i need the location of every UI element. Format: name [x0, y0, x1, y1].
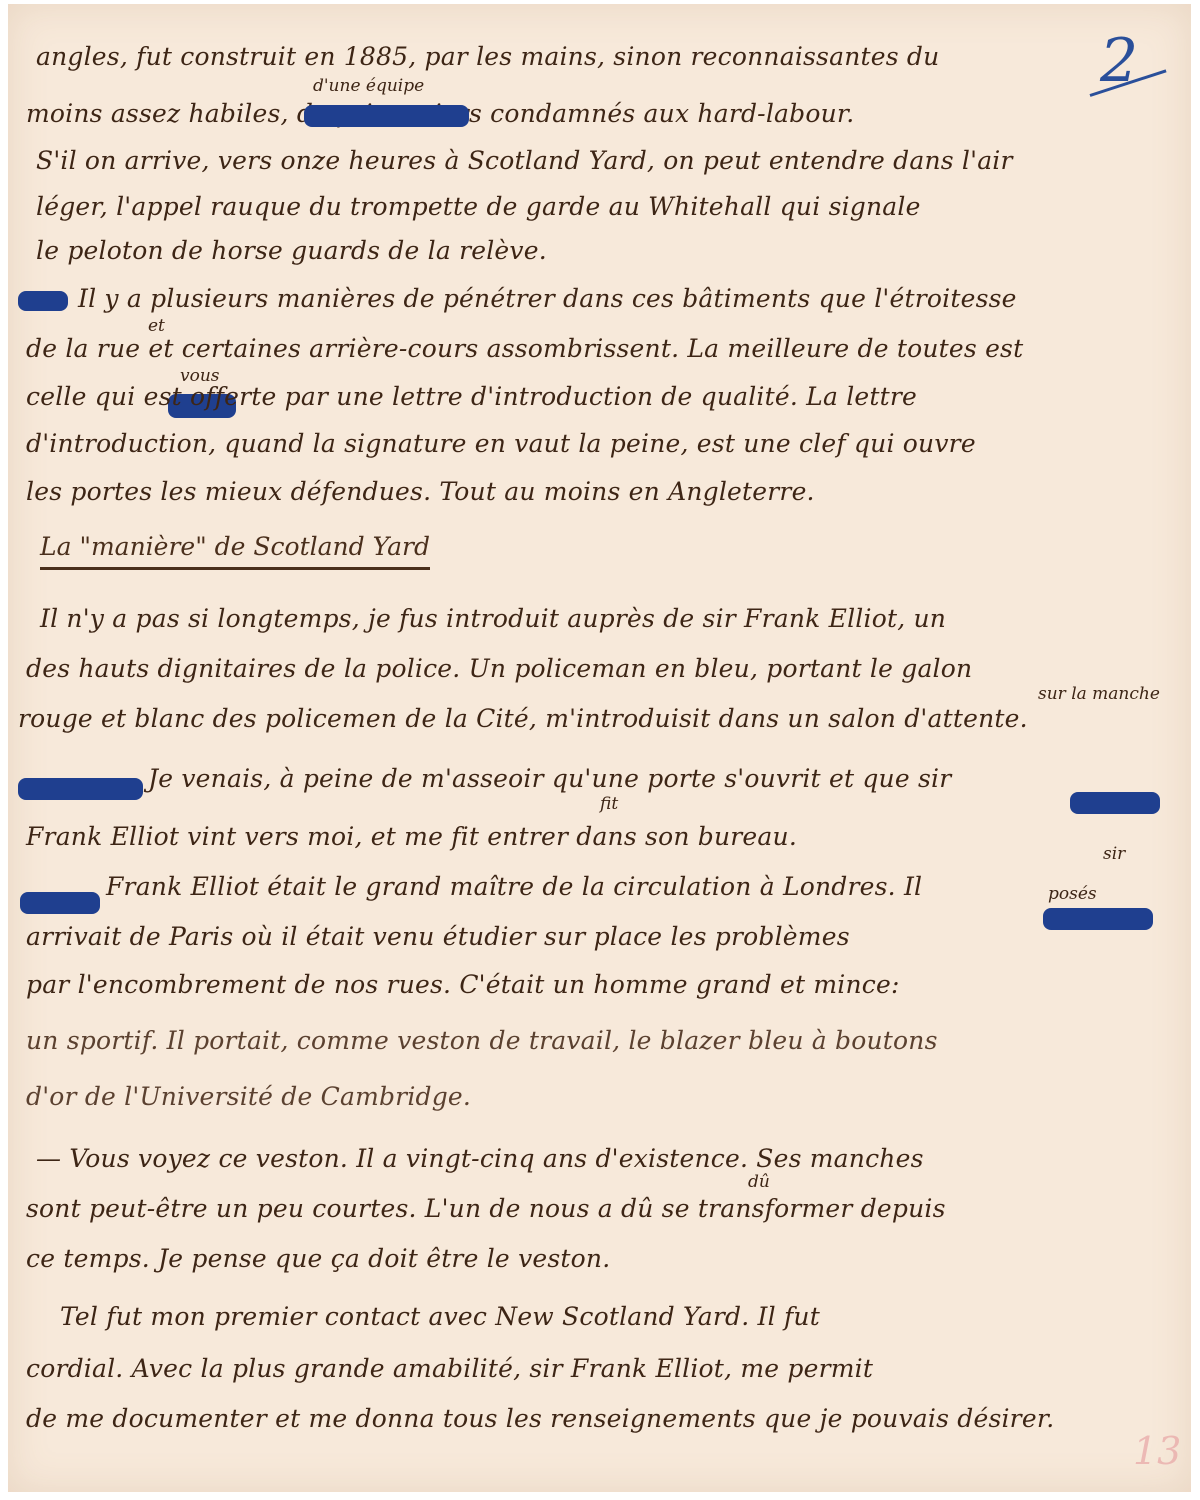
text-line-8: celle qui est offerte par une lettre d'i… [26, 382, 917, 411]
insertion-line-7: et [148, 316, 165, 336]
text-line-21: — Vous voyez ce veston. Il a vingt-cinq … [36, 1144, 924, 1173]
strikeout-mark [20, 892, 100, 914]
insertion-line-15: sir [1103, 844, 1125, 864]
insertion-line-21: dû [748, 1172, 770, 1192]
text-line-22: sont peut-être un peu courtes. L'un de n… [26, 1194, 946, 1223]
text-line-4: léger, l'appel rauque du trompette de ga… [36, 192, 921, 221]
manuscript-page: 2 angles, fut construit en 1885, par les… [8, 4, 1191, 1492]
text-line-12: des hauts dignitaires de la police. Un p… [26, 654, 972, 683]
text-line-7: de la rue et certaines arrière-cours ass… [26, 334, 1023, 363]
text-line-11: Il n'y a pas si longtemps, je fus introd… [40, 604, 946, 633]
text-line-15: Frank Elliot vint vers moi, et me fit en… [26, 822, 797, 851]
text-line-6: Il y a plusieurs manières de pénétrer da… [78, 284, 1017, 313]
strikeout-mark [304, 105, 469, 127]
insertion-line-16: posés [1048, 884, 1097, 904]
text-line-20: d'or de l'Université de Cambridge. [26, 1082, 471, 1111]
text-line-10: les portes les mieux défendues. Tout au … [26, 477, 815, 506]
text-line-17: arrivait de Paris où il était venu étudi… [26, 922, 850, 951]
text-line-25: cordial. Avec la plus grande amabilité, … [26, 1354, 873, 1383]
strikeout-mark [18, 778, 143, 800]
strikeout-mark [18, 291, 68, 311]
text-line-26: de me documenter et me donna tous les re… [26, 1404, 1054, 1433]
folio-mark: 13 [1133, 1429, 1181, 1473]
insertion-line-12: sur la manche [1038, 684, 1160, 704]
text-line-23: ce temps. Je pense que ça doit être le v… [26, 1244, 610, 1273]
text-line-24: Tel fut mon premier contact avec New Sco… [60, 1302, 820, 1331]
text-line-9: d'introduction, quand la signature en va… [26, 429, 976, 458]
text-line-5: le peloton de horse guards de la relève. [36, 236, 547, 265]
strikeout-mark [1043, 908, 1153, 930]
text-line-1: angles, fut construit en 1885, par les m… [36, 42, 939, 71]
text-line-13: rouge et blanc des policemen de la Cité,… [18, 704, 1028, 733]
text-line-18: par l'encombrement de nos rues. C'était … [26, 970, 900, 999]
text-line-19: un sportif. Il portait, comme veston de … [26, 1026, 938, 1055]
insertion-line-2: d'une équipe [313, 76, 424, 96]
text-line-16: Frank Elliot était le grand maître de la… [106, 872, 922, 901]
section-heading: La "manière" de Scotland Yard [40, 532, 430, 570]
insertion-line-14: fit [600, 794, 618, 814]
strikeout-mark [1070, 792, 1160, 814]
text-line-14: Je venais, à peine de m'asseoir qu'une p… [148, 764, 951, 793]
text-line-3: S'il on arrive, vers onze heures à Scotl… [36, 146, 1013, 175]
